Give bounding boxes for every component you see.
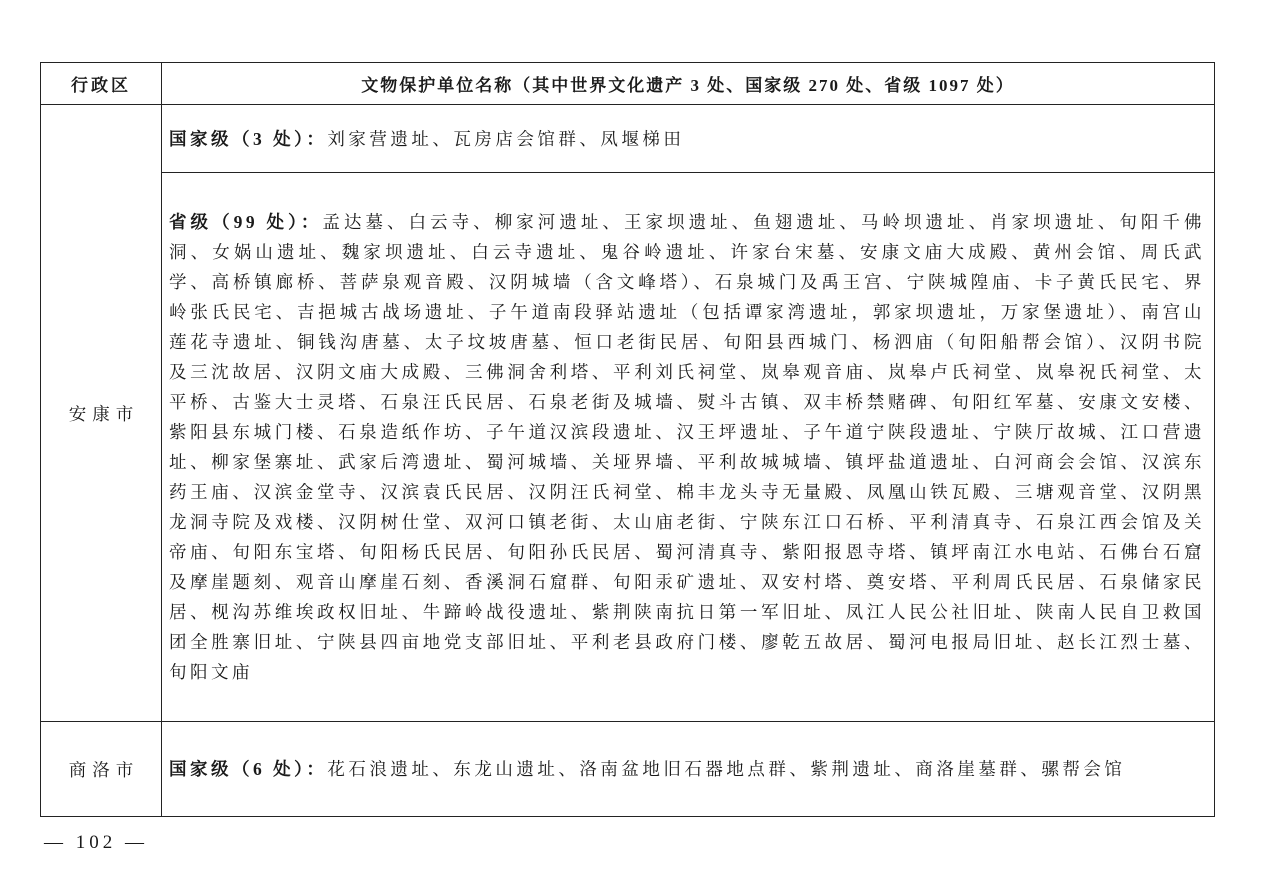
table-row-shangluo: 商洛市 国家级（6 处）：花石浪遗址、东龙山遗址、洛南盆地旧石器地点群、紫荆遗址…	[41, 721, 1214, 816]
ankang-provincial-cell: 省级（99 处）：孟达墓、白云寺、柳家河遗址、王家坝遗址、鱼翅遗址、马岭坝遗址、…	[162, 172, 1214, 721]
table-header-row: 行政区 文物保护单位名称（其中世界文化遗产 3 处、国家级 270 处、省级 1…	[41, 63, 1214, 105]
shangluo-national-label: 国家级（6 处）：	[169, 759, 327, 779]
ankang-content-cells: 国家级（3 处）：刘家营遗址、瓦房店会馆群、凤堰梯田 省级（99 处）：孟达墓、…	[162, 105, 1214, 721]
header-cell-admin-region: 行政区	[41, 63, 162, 104]
ankang-provincial-entry: 省级（99 处）：孟达墓、白云寺、柳家河遗址、王家坝遗址、鱼翅遗址、马岭坝遗址、…	[169, 207, 1205, 687]
shangluo-national-entry: 国家级（6 处）：花石浪遗址、东龙山遗址、洛南盆地旧石器地点群、紫荆遗址、商洛崖…	[169, 754, 1125, 784]
shangluo-national-sites: 花石浪遗址、东龙山遗址、洛南盆地旧石器地点群、紫荆遗址、商洛崖墓群、骡帮会馆	[327, 759, 1125, 779]
region-cell-ankang: 安康市	[41, 105, 162, 721]
ankang-national-sites: 刘家营遗址、瓦房店会馆群、凤堰梯田	[327, 129, 684, 149]
region-label-shangluo: 商洛市	[63, 757, 140, 782]
shangluo-national-cell: 国家级（6 处）：花石浪遗址、东龙山遗址、洛南盆地旧石器地点群、紫荆遗址、商洛崖…	[162, 722, 1214, 816]
table-row-ankang: 安康市 国家级（3 处）：刘家营遗址、瓦房店会馆群、凤堰梯田 省级（99 处）：…	[41, 105, 1214, 721]
page-number: — 102 —	[44, 832, 148, 854]
ankang-provincial-label: 省级（99 处）：	[169, 212, 322, 232]
header-cell-unit-names: 文物保护单位名称（其中世界文化遗产 3 处、国家级 270 处、省级 1097 …	[162, 63, 1214, 104]
region-label-ankang: 安康市	[63, 401, 140, 426]
heritage-units-table: 行政区 文物保护单位名称（其中世界文化遗产 3 处、国家级 270 处、省级 1…	[40, 62, 1215, 817]
ankang-provincial-sites: 孟达墓、白云寺、柳家河遗址、王家坝遗址、鱼翅遗址、马岭坝遗址、肖家坝遗址、旬阳千…	[169, 212, 1205, 682]
region-cell-shangluo: 商洛市	[41, 722, 162, 816]
ankang-national-entry: 国家级（3 处）：刘家营遗址、瓦房店会馆群、凤堰梯田	[169, 124, 684, 154]
ankang-national-cell: 国家级（3 处）：刘家营遗址、瓦房店会馆群、凤堰梯田	[162, 105, 1214, 172]
ankang-national-label: 国家级（3 处）：	[169, 129, 327, 149]
document-page: 行政区 文物保护单位名称（其中世界文化遗产 3 处、国家级 270 处、省级 1…	[0, 0, 1280, 892]
